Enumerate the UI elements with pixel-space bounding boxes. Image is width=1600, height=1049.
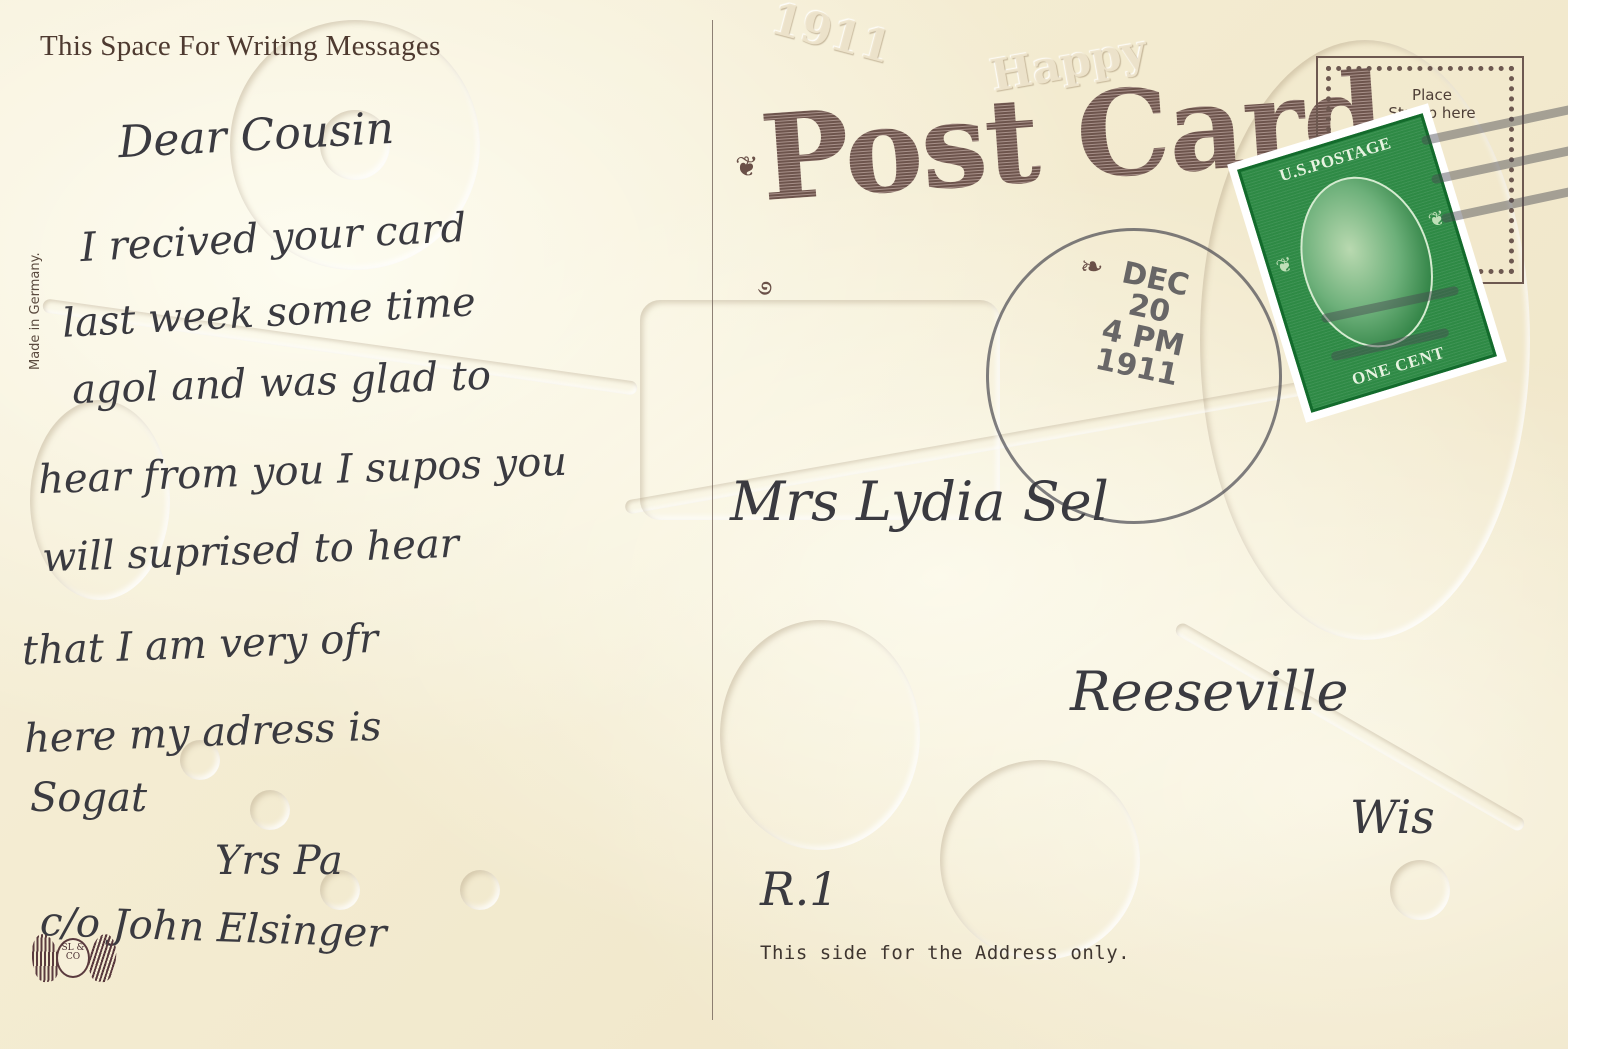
wing-icon (87, 932, 119, 983)
image-border (1568, 0, 1600, 1049)
flourish-ornament: ❦ (735, 150, 758, 183)
recipient-name: Mrs Lydia Sel (730, 470, 1109, 533)
embossed-figure-head (720, 620, 920, 850)
recipient-state: Wis (1350, 790, 1435, 844)
message-line: Sogat (30, 775, 147, 821)
center-divider-line (712, 20, 713, 1020)
embossed-year-text: 1911 (765, 0, 896, 74)
message-space-heading: This Space For Writing Messages (40, 30, 441, 63)
embossed-berry (460, 870, 500, 910)
address-side-label: This side for the Address only. (760, 942, 1130, 964)
embossed-figure-body (940, 760, 1140, 960)
message-signoff: Yrs Pa (215, 838, 343, 884)
embossed-berry (1390, 860, 1450, 920)
recipient-route: R.1 (760, 862, 839, 916)
postcard-back: 1911 Happy This Space For Writing Messag… (0, 0, 1568, 1049)
publisher-logo: SL & CO (28, 932, 118, 992)
recipient-town: Reeseville (1070, 660, 1349, 723)
embossed-berry (250, 790, 290, 830)
made-in-germany-label: Made in Germany. (28, 252, 43, 370)
message-line: that I am very ofr (21, 616, 379, 674)
message-line: here my adress is (23, 704, 382, 762)
message-line: I recived your card (79, 205, 467, 271)
laurel-icon: ❦ (1273, 251, 1296, 279)
flourish-ornament: ࿔ (760, 260, 773, 339)
message-line: agol and was glad to (71, 353, 491, 414)
publisher-monogram: SL & CO (56, 938, 90, 978)
